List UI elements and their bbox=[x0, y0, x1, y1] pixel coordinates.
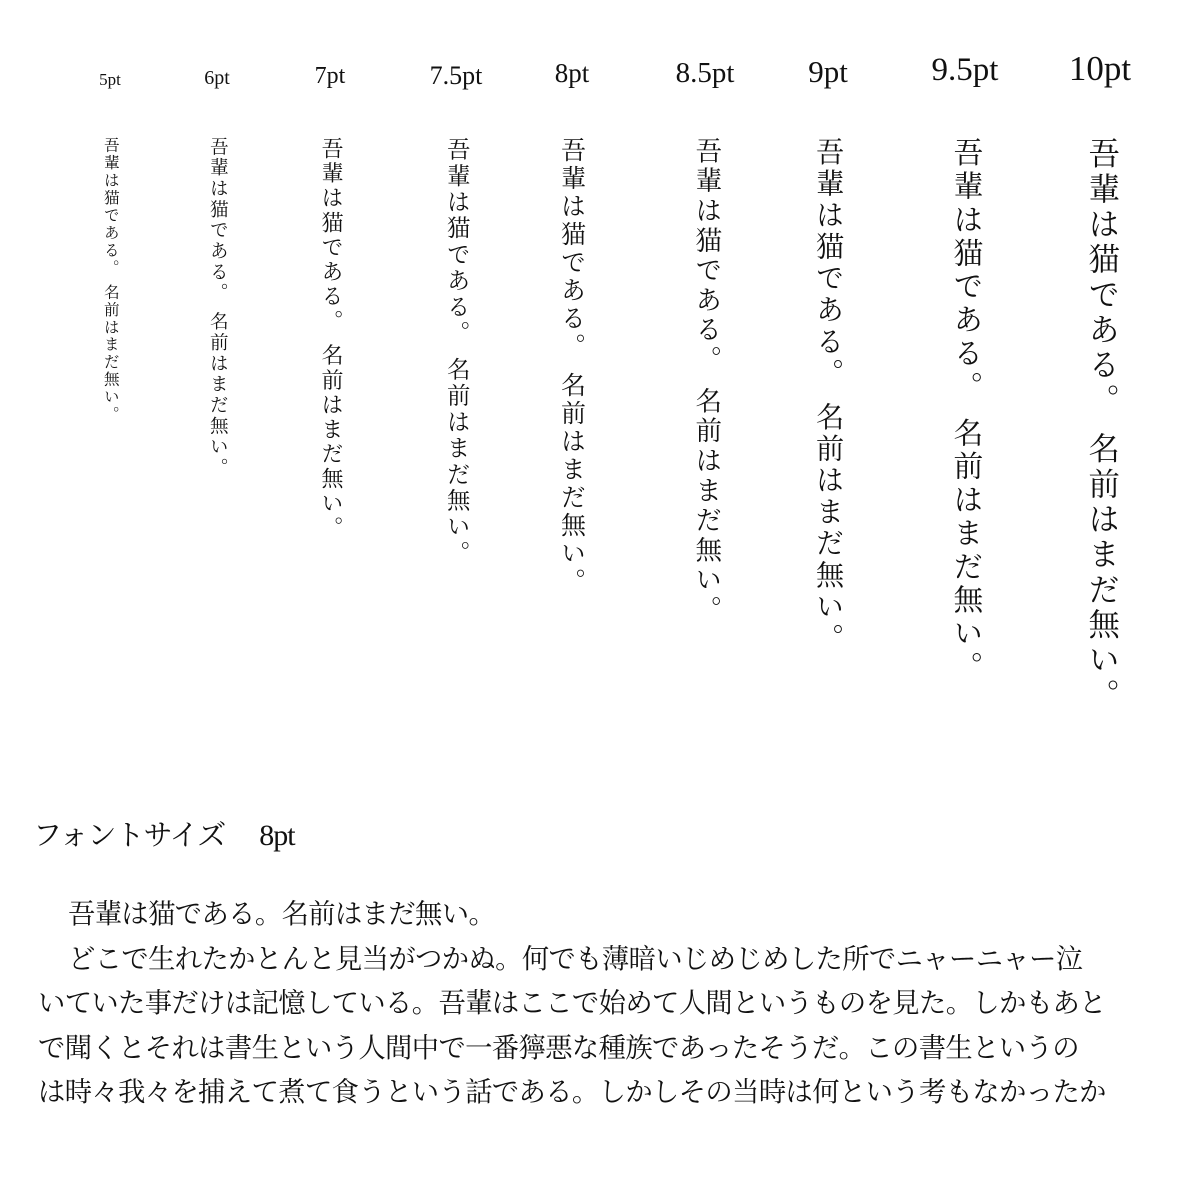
vertical-sample-text: 吾輩は猫である。 名前はまだ無い。 bbox=[950, 137, 980, 684]
vertical-sample-text: 吾輩は猫である。 名前はまだ無い。 bbox=[560, 137, 585, 596]
size-label: 7.5pt bbox=[430, 61, 483, 91]
size-label: 9pt bbox=[808, 54, 848, 90]
paragraph-line: どこで生れたかとんと見当がつかぬ。何でも薄暗いじめじめした所でニャーニャー泣 bbox=[38, 938, 1173, 983]
vertical-sample-text: 吾輩は猫である。 名前はまだ無い。 bbox=[444, 137, 467, 567]
sample-heading: フォントサイズ8pt bbox=[33, 813, 295, 854]
size-label: 9.5pt bbox=[932, 52, 999, 89]
vertical-sample-text: 吾輩は猫である。 名前はまだ無い。 bbox=[208, 137, 227, 478]
size-label: 10pt bbox=[1069, 49, 1131, 89]
size-label: 8.5pt bbox=[676, 57, 735, 90]
vertical-sample-text: 吾輩は猫である。 名前はまだ無い。 bbox=[814, 137, 842, 655]
vertical-sample-text: 吾輩は猫である。 名前はまだ無い。 bbox=[102, 137, 118, 423]
size-label: 5pt bbox=[99, 70, 121, 90]
vertical-sample-text: 吾輩は猫である。 名前はまだ無い。 bbox=[319, 137, 341, 541]
sample-paragraph: 吾輩は猫である。名前はまだ無い。 どこで生れたかとんと見当がつかぬ。何でも薄暗い… bbox=[38, 893, 1173, 1116]
heading-size: 8pt bbox=[259, 819, 294, 852]
size-label: 6pt bbox=[204, 67, 230, 90]
size-label: 7pt bbox=[315, 63, 346, 90]
heading-label: フォントサイズ bbox=[33, 818, 225, 852]
vertical-sample-text: 吾輩は猫である。 名前はまだ無い。 bbox=[1084, 137, 1115, 713]
size-label: 8pt bbox=[555, 58, 590, 89]
paragraph-line: いていた事だけは記憶している。吾輩はここで始めて人間というものを見た。しかもあと bbox=[38, 982, 1173, 1027]
paragraph-line: 吾輩は猫である。名前はまだ無い。 bbox=[38, 893, 1173, 938]
vertical-sample-text: 吾輩は猫である。 名前はまだ無い。 bbox=[692, 137, 719, 625]
paragraph-line: は時々我々を捕えて煮て食うという話である。しかしその当時は何という考もなかったか bbox=[38, 1071, 1173, 1116]
paragraph-line: で聞くとそれは書生という人間中で一番獰悪な種族であったそうだ。この書生というの bbox=[38, 1027, 1173, 1072]
